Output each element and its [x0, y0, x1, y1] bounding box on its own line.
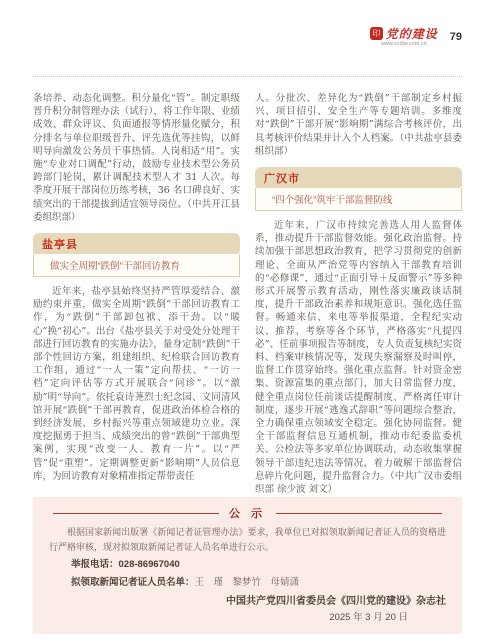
article-columns: 条培养、动态化调整。积分量化“管”。制定职级晋升积分制管理办法（试行），将工作年…	[33, 92, 462, 496]
section-yantingxian: 盐亭县 做实全周期“跌倒”干部回访教育	[33, 233, 240, 277]
right-paragraph-body: 近年来，广汉市持续完善选人用人监督体系，推动提升干部监督效能。强化政治监督。持续…	[255, 219, 462, 496]
magazine-page: 印 党的建设 www.scdjw.com.cn 79 条培养、动态化调整。积分量…	[0, 0, 484, 640]
notice-signature: 中国共产党四川省委员会《四川党的建设》杂志社	[49, 594, 446, 610]
notice-names-line: 拟领取新闻记者证人员名单：王 瑾 黎梦竹 母婧潇	[71, 575, 446, 591]
page-header: 印 党的建设 www.scdjw.com.cn 79	[370, 27, 462, 48]
section-subtitle-yantingxian: 做实全周期“跌倒”干部回访教育	[33, 254, 240, 277]
notice-body-text: 根据国家新闻出版署《新闻记者证管理办法》要求，我单位已对拟领取新闻记者证人员的资…	[49, 526, 446, 555]
right-paragraph-continuation: 人。分批次、差异化为“跌倒”干部制定乡村振兴、项目招引、安全生产等专题培训。多维…	[255, 92, 462, 158]
section-title-yantingxian: 盐亭县	[33, 233, 240, 254]
notice-rule-left	[53, 513, 219, 514]
left-column: 条培养、动态化调整。积分量化“管”。制定职级晋升积分制管理办法（试行），将工作年…	[33, 92, 240, 496]
public-notice-box: 公 示 根据国家新闻出版署《新闻记者证管理办法》要求，我单位已对拟领取新闻记者证…	[33, 497, 462, 634]
notice-phone: 举报电话：028-86967040	[71, 557, 446, 573]
notice-date: 2025 年 3 月 20 日	[49, 610, 446, 625]
notice-rule-right	[276, 513, 442, 514]
section-guanghanshi: 广汉市 “四个强化”筑牢干部监督防线	[255, 167, 462, 211]
notice-names-label: 拟领取新闻记者证人员名单：	[71, 577, 195, 588]
header-divider	[33, 76, 462, 77]
section-subtitle-guanghanshi: “四个强化”筑牢干部监督防线	[255, 188, 462, 211]
notice-title-row: 公 示	[53, 505, 442, 521]
seal-icon: 印	[370, 27, 383, 40]
left-paragraph-continuation: 条培养、动态化调整。积分量化“管”。制定职级晋升积分制管理办法（试行），将工作年…	[33, 92, 240, 224]
notice-names: 王 瑾 黎梦竹 母婧潇	[195, 577, 300, 588]
notice-title: 公 示	[229, 505, 266, 521]
right-column: 人。分批次、差异化为“跌倒”干部制定乡村振兴、项目招引、安全生产等专题培训。多维…	[255, 92, 462, 496]
left-paragraph-body: 近年来，盐亭县始终坚持严管厚爱结合、激励约束并重，做实全周期“跌倒”干部回访教育…	[33, 285, 240, 483]
magazine-logo-title: 党的建设	[386, 28, 438, 40]
magazine-logo: 印 党的建设 www.scdjw.com.cn	[370, 27, 438, 48]
magazine-website-url: www.scdjw.com.cn	[381, 42, 427, 48]
page-number: 79	[450, 31, 462, 43]
section-title-guanghanshi: 广汉市	[255, 167, 462, 188]
